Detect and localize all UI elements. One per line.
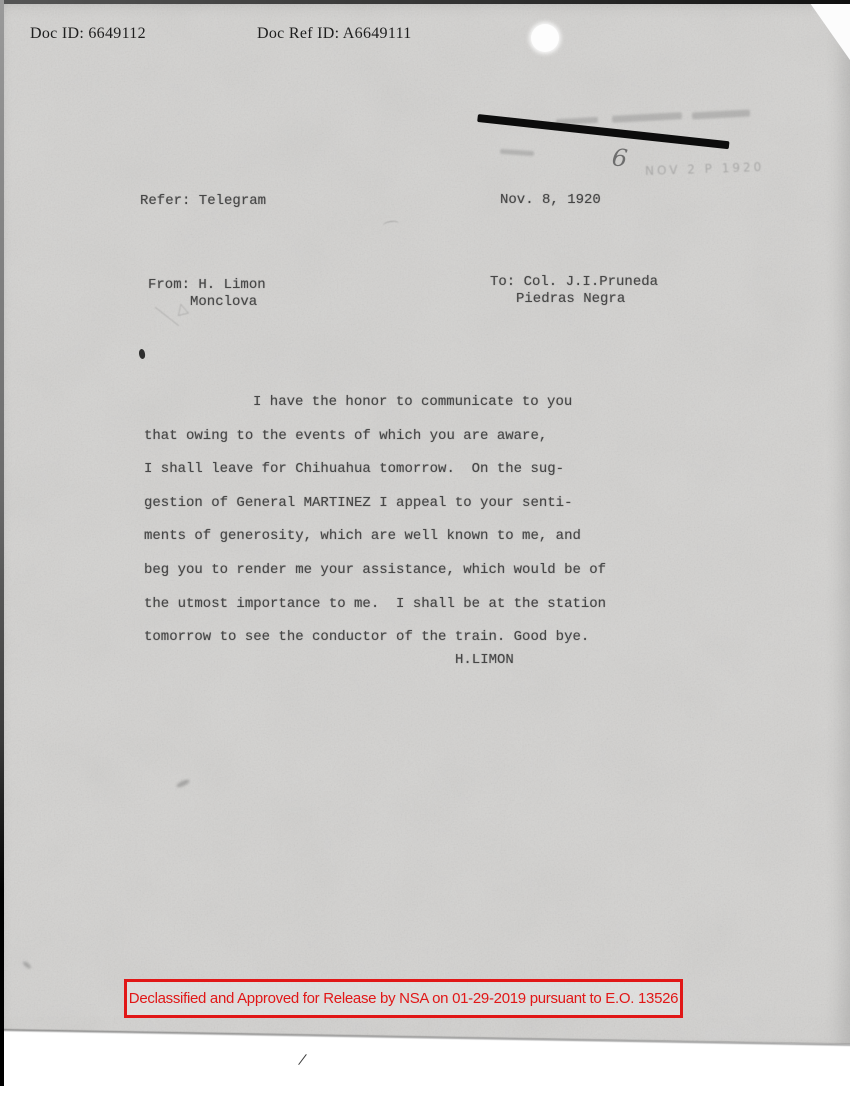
declassification-notice: Declassified and Approved for Release by…: [129, 990, 678, 1007]
scan-paper-area: Doc ID: 6649112 Doc Ref ID: A6649111 6 N…: [0, 0, 850, 1047]
doc-ref-id-label: Doc Ref ID: A6649111: [257, 25, 412, 43]
body-line: ments of generosity, which are well know…: [144, 520, 606, 554]
date-line: Nov. 8, 1920: [500, 192, 601, 208]
from-line: From: H. Limon: [148, 277, 266, 293]
body-line: tomorrow to see the conductor of the tra…: [144, 621, 606, 655]
handwritten-numeral: 6: [610, 143, 629, 173]
faint-stamp-fragment: [612, 112, 682, 123]
body-line: I have the honor to communicate to you: [144, 386, 606, 420]
declassification-box: Declassified and Approved for Release by…: [124, 979, 683, 1018]
scanned-document-page: Doc ID: 6649112 Doc Ref ID: A6649111 6 N…: [0, 0, 850, 1100]
refer-line: Refer: Telegram: [140, 193, 266, 209]
telegram-body: I have the honor to communicate to you t…: [144, 386, 606, 655]
stray-slash-mark: /: [299, 1052, 306, 1069]
body-line: I shall leave for Chihuahua tomorrow. On…: [144, 453, 606, 487]
doc-id-label: Doc ID: 6649112: [30, 25, 146, 43]
pencil-arrow-mark: △: [174, 298, 190, 318]
body-line: the utmost importance to me. I shall be …: [144, 588, 606, 622]
faint-date-stamp: NOV 2 P 1920: [645, 160, 765, 178]
faint-stamp-fragment: [500, 149, 534, 156]
pencil-squiggle: [383, 220, 400, 229]
faint-stamp-fragment: [692, 109, 750, 119]
from-place: Monclova: [190, 294, 257, 310]
to-place: Piedras Negra: [516, 291, 625, 307]
smudge-mark: [22, 960, 32, 969]
body-line: beg you to render me your assistance, wh…: [144, 554, 606, 588]
hole-punch: [531, 24, 559, 52]
redaction-bar: [477, 114, 729, 149]
body-line: gestion of General MARTINEZ I appeal to …: [144, 487, 606, 521]
body-line: that owing to the events of which you ar…: [144, 420, 606, 454]
scan-top-edge: [0, 0, 850, 4]
page-corner-cut: [802, 4, 850, 60]
to-line: To: Col. J.I.Pruneda: [490, 274, 658, 290]
smudge-mark: [176, 778, 191, 788]
scan-left-edge: [0, 0, 4, 1086]
ink-mark: [138, 348, 146, 359]
signature: H.LIMON: [455, 652, 514, 668]
